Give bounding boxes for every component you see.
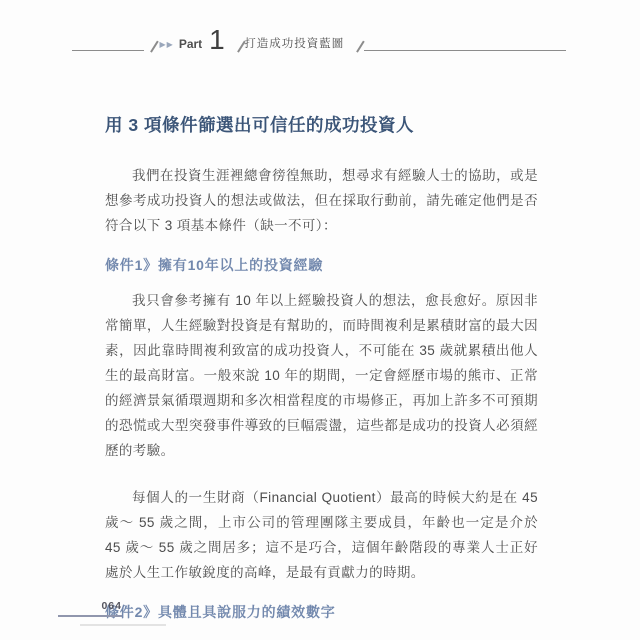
slash-divider-icon bbox=[150, 41, 158, 53]
header-rule-left bbox=[72, 50, 144, 51]
running-head-row: ▶▶ Part 1 打造成功投資藍圖 bbox=[72, 28, 566, 54]
folio-rule: 064 bbox=[58, 596, 122, 617]
part-number: 1 bbox=[209, 26, 225, 54]
intro-paragraph: 我們在投資生涯裡總會徬徨無助，想尋求有經驗人士的協助，或是想參考成功投資人的想法… bbox=[105, 163, 538, 238]
part-title: 打造成功投資藍圖 bbox=[244, 35, 344, 51]
article-body: 用 3 項條件篩選出可信任的成功投資人 我們在投資生涯裡總會徬徨無助，想尋求有經… bbox=[105, 112, 538, 635]
page-number: 064 bbox=[101, 600, 122, 612]
header-rule-right bbox=[364, 50, 566, 51]
article-title: 用 3 項條件篩選出可信任的成功投資人 bbox=[105, 112, 538, 137]
book-page: ▶▶ Part 1 打造成功投資藍圖 用 3 項條件篩選出可信任的成功投資人 我… bbox=[0, 0, 640, 640]
part-label: Part bbox=[179, 37, 202, 51]
page-footer: 064 bbox=[58, 596, 178, 630]
condition1-paragraph-2: 每個人的一生財商（Financial Quotient）最高的時候大約是在 45… bbox=[105, 485, 538, 585]
condition1-heading: 條件1》擁有10年以上的投資經驗 bbox=[105, 255, 538, 275]
running-head: ▶▶ Part 1 打造成功投資藍圖 bbox=[0, 28, 640, 60]
double-arrow-icon: ▶▶ bbox=[160, 40, 174, 49]
page-edge-shadow bbox=[80, 624, 166, 626]
condition1-paragraph-1: 我只會參考擁有 10 年以上經驗投資人的想法，愈長愈好。原因非常簡單，人生經驗對… bbox=[105, 288, 538, 463]
